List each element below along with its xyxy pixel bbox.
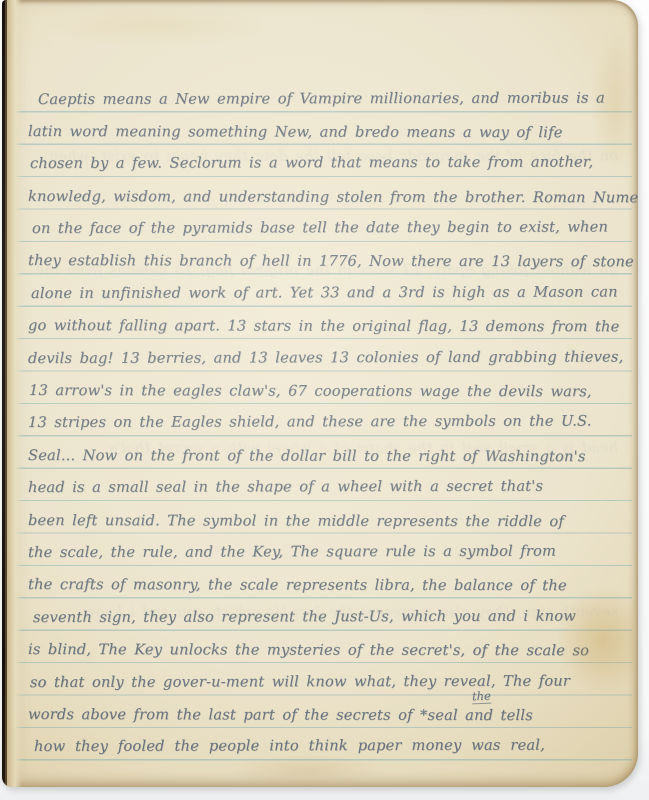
- handwriting-line: Seal... Now on the front of the dollar b…: [28, 436, 626, 470]
- handwriting-line: chosen by a few. Seclorum is a word that…: [28, 143, 626, 177]
- handwriting-line: so that only the gover-u-ment will know …: [28, 661, 626, 695]
- paper-stain: [42, 6, 262, 46]
- handwriting-line: alone in unfinished work of art. Yet 33 …: [28, 272, 626, 306]
- handwriting-line: 13 arrow's in the eagles claw's, 67 coop…: [28, 371, 626, 405]
- handwriting-line: the crafts of masonry, the scale represe…: [28, 565, 626, 599]
- handwriting-line: seventh sign, they also represent the Ju…: [28, 596, 626, 630]
- handwriting-line: on the face of the pyramids base tell th…: [28, 207, 626, 241]
- handwriting-line: devils bag! 13 berries, and 13 leaves 13…: [28, 337, 626, 371]
- inserted-word-annotation: the: [472, 689, 491, 705]
- handwriting-line: knowledg, wisdom, and understanding stol…: [28, 177, 626, 211]
- binding-edge: [2, 0, 22, 787]
- handwriting-block: Caeptis means a New empire of Vampire mi…: [28, 80, 626, 760]
- handwriting-line: 13 stripes on the Eagles shield, and the…: [28, 402, 626, 436]
- handwriting-line: is blind, The Key unlocks the mysteries …: [28, 630, 626, 664]
- handwriting-line: head is a small seal in the shape of a w…: [28, 467, 626, 501]
- handwriting-line: words above from the last part of the se…: [28, 695, 626, 729]
- handwriting-line: the scale, the rule, and the Key, The sq…: [28, 531, 626, 565]
- notebook-page: on the face of the pyramids base tell th…: [2, 0, 638, 787]
- handwriting-line: they establish this branch of hell in 17…: [28, 241, 626, 275]
- handwriting-line: go without falling apart. 13 stars in th…: [28, 306, 626, 340]
- handwriting-line: how they fooled the people into think pa…: [28, 726, 626, 760]
- handwriting-line: latin word meaning something New, and br…: [28, 112, 626, 146]
- handwriting-line: Caeptis means a New empire of Vampire mi…: [28, 78, 626, 112]
- handwriting-line: been left unsaid. The symbol in the midd…: [28, 501, 626, 535]
